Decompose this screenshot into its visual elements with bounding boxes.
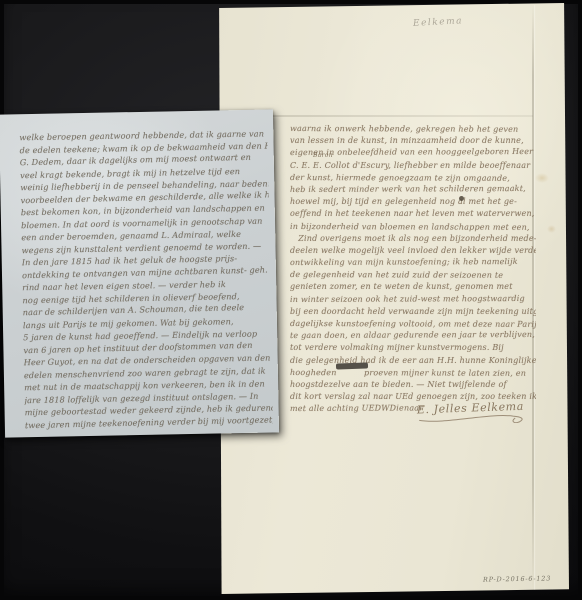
handwriting-line: hoogstdezelve aan te bieden. — Niet twij… — [290, 379, 536, 391]
handwritten-text-block: waarna ik onwerk hebbende, gekregen heb … — [290, 123, 536, 416]
handwriting-line: hoogheden proeven mijner kunst te laten … — [290, 367, 536, 380]
artwork-photo: Eelkema Baron waarna ik onwerk hebbende,… — [0, 0, 582, 600]
crossed-out-word — [336, 362, 368, 369]
handwriting-line: tot verdere volmaking mijner kunstvermog… — [290, 342, 536, 354]
handwriting-line: oeffend in het teekenen naar het leven m… — [290, 208, 536, 220]
handwriting-line: eigenen in onbeleefdheid van een hooggee… — [290, 146, 536, 159]
handwriting-line: bij een doordacht held verwaande zijn mi… — [290, 306, 536, 318]
handwriting-line: de gelegenheid van het zuid zuid der sei… — [290, 269, 536, 282]
handwriting-line: ontwikkeling van mijn kunstoefening; ik … — [290, 256, 536, 269]
ink-blot — [459, 196, 464, 201]
handwriting-line: Zind overigens moet ik als nog een bijzo… — [290, 233, 536, 245]
handwriting-line: genieten zomer, en te weten de kunst, ge… — [290, 281, 536, 293]
blue-gray-letter-sheet: welke beroepen geantwoord hebbende, dat … — [0, 109, 279, 437]
handwriting-line: waarna ik onwerk hebbende, gekregen heb … — [290, 123, 536, 136]
horizontal-fold-crease — [265, 115, 533, 117]
foxing-stain — [535, 173, 549, 183]
foxing-stain — [547, 225, 556, 233]
handwriting-line: hoewel mij, bij tijd en gelegenheid nog … — [290, 196, 536, 208]
handwritten-text-block: welke beroepen geantwoord hebbende, dat … — [19, 127, 273, 432]
catalog-number: RP-D-2016-6-123 — [483, 574, 551, 583]
handwriting-line: die gelegenheid had ik de eer aan H.H. h… — [290, 355, 536, 367]
signature: E. Jelles Eelkema — [417, 399, 558, 427]
handwriting-line: in bijzonderheid van bloemen en landscha… — [290, 221, 536, 234]
pencil-inscription: Eelkema — [413, 13, 523, 29]
handwriting-line: C. E. E. Collot d'Escury, liefhebber en … — [290, 160, 536, 172]
handwriting-line: heb ik sedert minder werk van het schild… — [290, 183, 536, 196]
handwriting-line: te gaan doen, en aldaar gedurende een ja… — [290, 329, 536, 342]
handwriting-line: in winter seizoen ook het zuid-west met … — [290, 293, 536, 306]
